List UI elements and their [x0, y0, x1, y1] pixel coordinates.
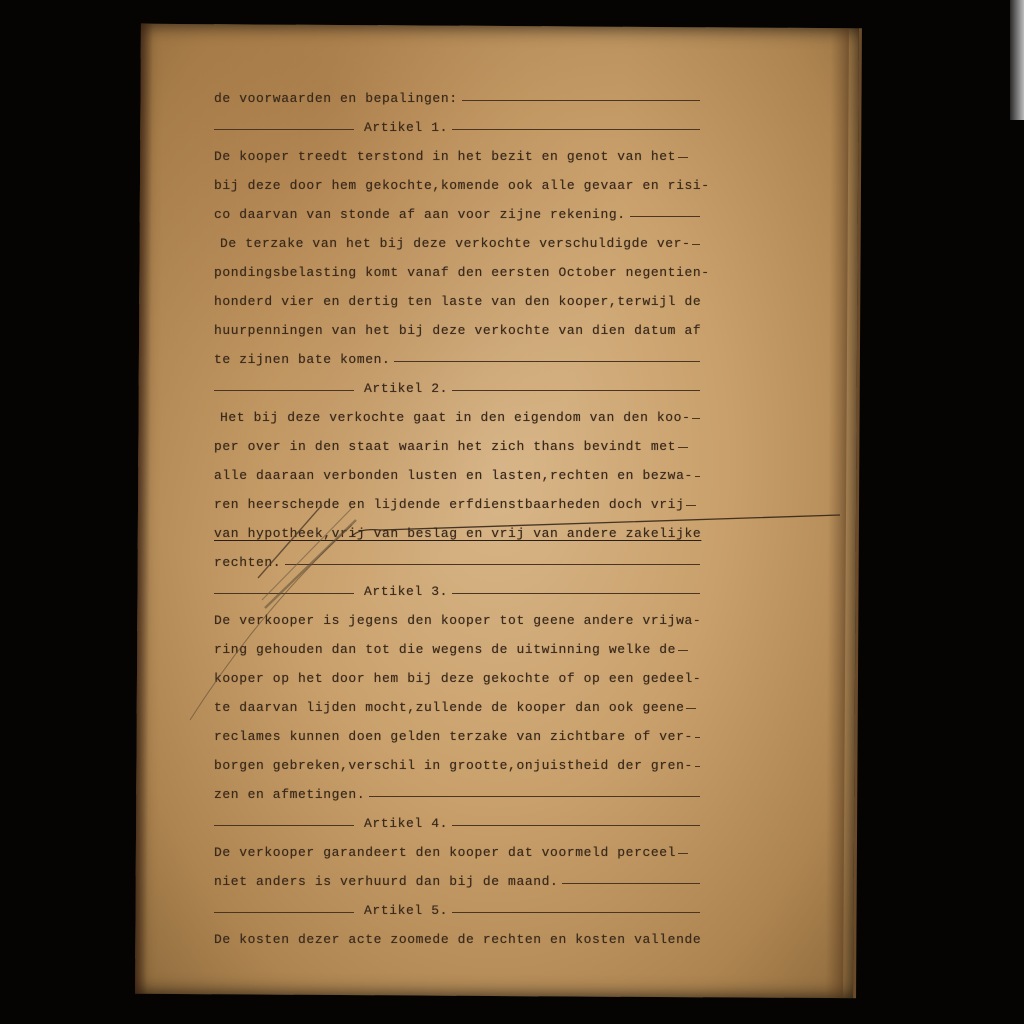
- line-text: De kosten dezer acte zoomede de rechten …: [214, 925, 701, 954]
- line: per over in den staat waarin het zich th…: [214, 432, 700, 461]
- line: kooper op het door hem bij deze gekochte…: [214, 664, 700, 693]
- line: te daarvan lijden mocht,zullende de koop…: [214, 693, 700, 722]
- line-text: ren heerschende en lijdende erfdienstbaa…: [214, 490, 684, 519]
- fill-rule: [630, 216, 700, 217]
- dash: [692, 244, 700, 245]
- line-text: per over in den staat waarin het zich th…: [214, 432, 676, 461]
- dash: [678, 157, 688, 158]
- lead-rule: [214, 912, 354, 913]
- line-text: van hypotheek,vrij van beslag en vrij va…: [214, 519, 701, 548]
- heading-text: Artikel 1.: [364, 113, 448, 142]
- line-text: honderd vier en dertig ten laste van den…: [214, 287, 701, 316]
- line: De terzake van het bij deze verkochte ve…: [214, 229, 700, 258]
- dash: [695, 766, 700, 767]
- fill-rule: [452, 129, 700, 130]
- lead-rule: [214, 129, 354, 130]
- line: De kosten dezer acte zoomede de rechten …: [214, 925, 700, 954]
- dash: [695, 737, 700, 738]
- line: huurpenningen van het bij deze verkochte…: [214, 316, 700, 345]
- line: ren heerschende en lijdende erfdienstbaa…: [214, 490, 700, 519]
- dash: [692, 418, 700, 419]
- line: De kooper treedt terstond in het bezit e…: [214, 142, 700, 171]
- line-text: co daarvan van stonde af aan voor zijne …: [214, 200, 626, 229]
- line-text: te zijnen bate komen.: [214, 345, 390, 374]
- line-text: pondingsbelasting komt vanaf den eersten…: [214, 258, 710, 287]
- line: De verkooper is jegens den kooper tot ge…: [214, 606, 700, 635]
- line-text: ring gehouden dan tot die wegens de uitw…: [214, 635, 676, 664]
- fill-rule: [285, 564, 700, 565]
- line-text: niet anders is verhuurd dan bij de maand…: [214, 867, 558, 896]
- fill-rule: [369, 796, 700, 797]
- fill-rule: [462, 100, 700, 101]
- heading-text: Artikel 2.: [364, 374, 448, 403]
- fill-rule: [394, 361, 700, 362]
- line-text: kooper op het door hem bij deze gekochte…: [214, 664, 701, 693]
- line: niet anders is verhuurd dan bij de maand…: [214, 867, 700, 896]
- line: te zijnen bate komen.: [214, 345, 700, 374]
- fill-rule: [452, 825, 700, 826]
- heading-text: Artikel 3.: [364, 577, 448, 606]
- line: Het bij deze verkochte gaat in den eigen…: [214, 403, 700, 432]
- article-4-heading: Artikel 4.: [214, 809, 700, 838]
- line: co daarvan van stonde af aan voor zijne …: [214, 200, 700, 229]
- article-3-heading: Artikel 3.: [214, 577, 700, 606]
- line: alle daaraan verbonden lusten en lasten,…: [214, 461, 700, 490]
- article-5-heading: Artikel 5.: [214, 896, 700, 925]
- dash: [678, 447, 688, 448]
- typewritten-text: de voorwaarden en bepalingen: Artikel 1.…: [214, 84, 700, 954]
- line: zen en afmetingen.: [214, 780, 700, 809]
- line-text: De verkooper is jegens den kooper tot ge…: [214, 606, 701, 635]
- line-text: alle daaraan verbonden lusten en lasten,…: [214, 461, 693, 490]
- line-text: zen en afmetingen.: [214, 780, 365, 809]
- dash: [686, 708, 696, 709]
- lead-rule: [214, 390, 354, 391]
- dash: [678, 853, 688, 854]
- lead-rule: [214, 825, 354, 826]
- line: bij deze door hem gekochte,komende ook a…: [214, 171, 700, 200]
- line: reclames kunnen doen gelden terzake van …: [214, 722, 700, 751]
- line: pondingsbelasting komt vanaf den eersten…: [214, 258, 700, 287]
- article-1-heading: Artikel 1.: [214, 113, 700, 142]
- line-intro: de voorwaarden en bepalingen:: [214, 84, 700, 113]
- background-sheet-edge: [1010, 0, 1024, 120]
- line-text: De kooper treedt terstond in het bezit e…: [214, 142, 676, 171]
- dash: [695, 476, 700, 477]
- line: De verkooper garandeert den kooper dat v…: [214, 838, 700, 867]
- line-text: te daarvan lijden mocht,zullende de koop…: [214, 693, 684, 722]
- line-text: De verkooper garandeert den kooper dat v…: [214, 838, 676, 867]
- line-text: De terzake van het bij deze verkochte ve…: [220, 229, 690, 258]
- line-text: rechten.: [214, 548, 281, 577]
- line: rechten.: [214, 548, 700, 577]
- underlined-line: van hypotheek,vrij van beslag en vrij va…: [214, 519, 700, 548]
- dash: [678, 650, 688, 651]
- article-2-heading: Artikel 2.: [214, 374, 700, 403]
- lead-rule: [214, 593, 354, 594]
- line: honderd vier en dertig ten laste van den…: [214, 287, 700, 316]
- heading-text: Artikel 4.: [364, 809, 448, 838]
- dash: [686, 505, 696, 506]
- fill-rule: [452, 390, 700, 391]
- fill-rule: [452, 912, 700, 913]
- line-text: reclames kunnen doen gelden terzake van …: [214, 722, 693, 751]
- fill-rule: [562, 883, 700, 884]
- line-text: borgen gebreken,verschil in grootte,onju…: [214, 751, 693, 780]
- fill-rule: [452, 593, 700, 594]
- heading-text: Artikel 5.: [364, 896, 448, 925]
- line-text: Het bij deze verkochte gaat in den eigen…: [220, 403, 690, 432]
- line-text: de voorwaarden en bepalingen:: [214, 84, 458, 113]
- line: borgen gebreken,verschil in grootte,onju…: [214, 751, 700, 780]
- line: ring gehouden dan tot die wegens de uitw…: [214, 635, 700, 664]
- line-text: bij deze door hem gekochte,komende ook a…: [214, 171, 710, 200]
- line-text: huurpenningen van het bij deze verkochte…: [214, 316, 701, 345]
